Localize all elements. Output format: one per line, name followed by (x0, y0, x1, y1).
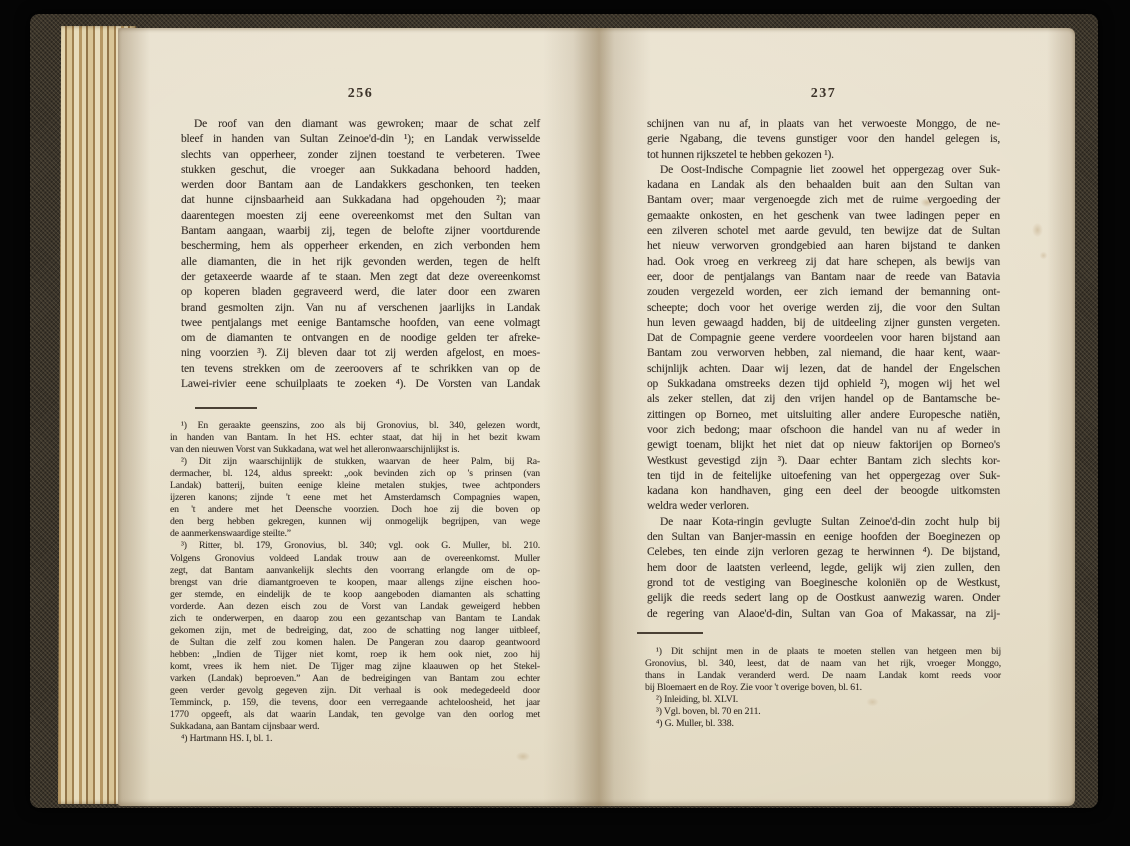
text-line: had. Ook vroeg en verkreeg zij dat hare … (647, 255, 1000, 270)
text-line: het nieuw verworven grondgebied aan hare… (647, 239, 1000, 254)
text-line: De roof van den diamant was gewroken; ma… (181, 117, 540, 132)
text-line: der getaxeerde waarde af te staan. Men z… (181, 270, 540, 285)
text-line: ten tevens strekken om de zeeroovers af … (181, 362, 540, 377)
text-line: voor zich bedong; maar ofschoon die hand… (647, 423, 1000, 438)
text-line: de Sultan die zelf zou komen halen. De P… (170, 637, 540, 649)
text-line: gewigt toenam, blijkt het niet dat op ni… (647, 438, 1000, 453)
paragraph: ³) Ritter, bl. 179, Gronovius, bl. 340; … (170, 540, 540, 733)
text-line: bij Bloemaert en de Roy. Zie voor 't ove… (645, 682, 1001, 694)
text-line: varken (Landak) beproeven.” Aan de bedre… (170, 673, 540, 685)
foxing-stain (864, 696, 881, 708)
text-line: tot hunnen rijkszetel te hebben gekozen … (647, 148, 1000, 163)
text-line: hebben: „Indien de Tijger niet komt, roe… (170, 649, 540, 661)
text-line: stukken geschut, die vroeger aan Sukkada… (181, 163, 540, 178)
text-line: slechts van opperheer, zonder zijnen toe… (181, 148, 540, 163)
text-line: in handen van Bantam. In het HS. echter … (170, 432, 540, 444)
text-line: bleef in handen van Sultan Zeinoe'd-din … (181, 132, 540, 147)
text-line: en 't andere met het Deensche voorzien. … (170, 504, 540, 516)
text-line: Sukkadana, aan Bantam cijnsbaar werd. (170, 721, 540, 733)
text-line: Bantam over; maar vergenoegde zich met d… (647, 193, 1000, 208)
foxing-stain (1038, 250, 1049, 261)
text-line: De Oost-Indische Compagnie liet zoowel h… (647, 163, 1000, 178)
text-line: den Sultan van Banjer-massin en eenige h… (647, 530, 1000, 545)
page-number-left: 256 (181, 86, 540, 104)
text-line: dermacher, bl. 124, aldus spreekt: „ook … (170, 468, 540, 480)
text-line: zegt, dat Bantam aanvankelijk slechts de… (170, 565, 540, 577)
text-line: een zilveren schotel met aarde gevuld, t… (647, 224, 1000, 239)
text-line: geen verder gevolg gegeven zijn. Dit ver… (170, 685, 540, 697)
text-line: schijnlijk achten. Daar wij lezen, dat d… (647, 362, 1000, 377)
text-line: alle diamanten, die in het rijk gevonden… (181, 255, 540, 270)
text-line: scheepte; doch voor het overige werden z… (647, 301, 1000, 316)
text-line: den berg hebben gekregen, kunnen wij onm… (170, 516, 540, 528)
text-line: Dat de Compagnie geene verdere voordeele… (647, 331, 1000, 346)
text-line: Volgens Gronovius voldeed Landak trouw a… (170, 553, 540, 565)
text-line: weldra weder verloren. (647, 499, 1000, 514)
left-page-body-text: De roof van den diamant was gewroken; ma… (181, 117, 540, 392)
right-page-body-text: schijnen van nu af, in plaats van het ve… (647, 117, 1000, 622)
text-line: twee pentjalangs met eenige Bantamsche h… (181, 316, 540, 331)
text-line: kadana kon handhaven, ging een deel der … (647, 484, 1000, 499)
text-line: Celebes, ten einde zijn verloren gezag t… (647, 545, 1000, 560)
text-line: als zeker stellen, dat zij den vrijen ha… (647, 392, 1000, 407)
text-line: ²) Dit zijn waarschijnlijk de stukken, w… (170, 456, 540, 468)
text-line: van den nieuwen Vorst van Sukkadana, wat… (170, 444, 540, 456)
paragraph: ²) Dit zijn waarschijnlijk de stukken, w… (170, 456, 540, 540)
text-line: ning voorzien ³). Zij bleven daar tot zi… (181, 346, 540, 361)
paragraph: ¹) Dit schijnt men in de plaats te moete… (645, 646, 1001, 694)
text-line: komt, vrees ik hem niet. De Tijger mag z… (170, 661, 540, 673)
foxing-stain (1030, 220, 1045, 240)
photo-background: 256 237 De roof van den diamant was gewr… (0, 0, 1130, 846)
text-line: gelijk die reeds sedert lang op de Oostk… (647, 591, 1000, 606)
paragraph: schijnen van nu af, in plaats van het ve… (647, 117, 1000, 163)
text-line: gekomen zijn, met de bedreiging, dat, zo… (170, 625, 540, 637)
text-line: ³) Ritter, bl. 179, Gronovius, bl. 340; … (170, 540, 540, 552)
paragraph: ⁴) Hartmann HS. I, bl. 1. (170, 733, 540, 745)
text-line: schijnen van nu af, in plaats van het ve… (647, 117, 1000, 132)
footnote-separator-right (637, 632, 703, 634)
text-line: ijzeren kanons; zijnde 't eene met het A… (170, 492, 540, 504)
text-line: Temminck, p. 159, die tevens, door een v… (170, 697, 540, 709)
text-line: thans in Landak veranderd werd. De naam … (645, 670, 1001, 682)
text-line: Bantam zou verworven hebben, zal niemand… (647, 346, 1000, 361)
foxing-stain (298, 688, 311, 698)
left-page-footnotes: ¹) En geraakte geenszins, zoo als bij Gr… (170, 420, 540, 745)
text-line: Gronovius, bl. 340, leest, dat de naam v… (645, 658, 1001, 670)
right-page-footnotes: ¹) Dit schijnt men in de plaats te moete… (645, 646, 1001, 730)
text-line: ³) Vgl. boven, bl. 70 en 211. (645, 706, 1001, 718)
text-line: ¹) Dit schijnt men in de plaats te moete… (645, 646, 1001, 658)
text-line: ²) Inleiding, bl. XLVI. (645, 694, 1001, 706)
text-line: ten tijd in de feitelijke uitoefening va… (647, 469, 1000, 484)
text-line: ¹) En geraakte geenszins, zoo als bij Gr… (170, 420, 540, 432)
paragraph: ⁴) G. Muller, bl. 338. (645, 718, 1001, 730)
text-line: werden door Bantam aan de Landakkers ges… (181, 178, 540, 193)
text-line: Bantam aangaan, waarbij zij, tegen de be… (181, 224, 540, 239)
paragraph: ³) Vgl. boven, bl. 70 en 211. (645, 706, 1001, 718)
text-line: kadana en Landak als den behaalden buit … (647, 178, 1000, 193)
foxing-stain (513, 750, 533, 763)
text-line: gemaakte onkosten, en het geschenk van t… (647, 209, 1000, 224)
right-page-edge-shadow (1047, 28, 1075, 806)
text-line: De naar Kota-ringin gevlugte Sultan Zein… (647, 515, 1000, 530)
left-page-edge-shadow (118, 28, 150, 806)
paragraph: De roof van den diamant was gewroken; ma… (181, 117, 540, 392)
text-line: zittingen op Borneo, met uitsluiting all… (647, 408, 1000, 423)
text-line: bescherming, hem als opperheer erkenden,… (181, 239, 540, 254)
text-line: Westkust gevestigd zijn ³). Daar echter … (647, 454, 1000, 469)
text-line: de regering van Alaoe'd-din, Sultan van … (647, 607, 1000, 622)
text-line: op koperen bladen gegraveerd werd, die l… (181, 285, 540, 300)
text-line: eer, door de pentjalangs van Bantam naar… (647, 270, 1000, 285)
text-line: dat hunne cijnsbaarheid aan Sukkadana ha… (181, 193, 540, 208)
page-number-right: 237 (647, 86, 1000, 104)
text-line: ⁴) Hartmann HS. I, bl. 1. (170, 733, 540, 745)
text-line: zouden vergezeld worden, eer zich iemand… (647, 285, 1000, 300)
text-line: ⁴) G. Muller, bl. 338. (645, 718, 1001, 730)
text-line: brand gesmolten zijn. Van nu af verschen… (181, 301, 540, 316)
text-line: vorderde. Aan dezen eisch zou de Vorst v… (170, 601, 540, 613)
footnote-separator-left (195, 407, 257, 409)
text-line: daarentegen moesten zij eene overeenkoms… (181, 209, 540, 224)
text-line: hun leven gewaagd hadden, bij de uitdeel… (647, 316, 1000, 331)
foxing-stain (918, 196, 936, 209)
paragraph: De naar Kota-ringin gevlugte Sultan Zein… (647, 515, 1000, 622)
text-line: op Sukkadana omstreeks dezen tijd ophiel… (647, 377, 1000, 392)
text-line: hem door de laatsten verleend, legde, ge… (647, 561, 1000, 576)
paragraph: De Oost-Indische Compagnie liet zoowel h… (647, 163, 1000, 515)
text-line: 1770 opgeeft, als dat waarin Landak, ten… (170, 709, 540, 721)
text-line: ger stemde, en eindelijk de te koop aang… (170, 589, 540, 601)
text-line: Lawei-rivier eene schuilplaats te zoeken… (181, 377, 540, 392)
text-line: de aanmerkenswaardige steilte.” (170, 528, 540, 540)
book-gutter-shadow (543, 28, 651, 806)
paragraph: ¹) En geraakte geenszins, zoo als bij Gr… (170, 420, 540, 456)
paragraph: ²) Inleiding, bl. XLVI. (645, 694, 1001, 706)
text-line: gerie Ngabang, die tevens gunstiger voor… (647, 132, 1000, 147)
text-line: zich te onderwerpen, en daarop zou een g… (170, 613, 540, 625)
text-line: om de diamanten te ontvangen en de noodi… (181, 331, 540, 346)
text-line: brengst van drie diamantgroeven te koope… (170, 577, 540, 589)
text-line: Landak) batterij, buiten eenige kleine m… (170, 480, 540, 492)
text-line: grond tot de vestiging van Boeginesche k… (647, 576, 1000, 591)
